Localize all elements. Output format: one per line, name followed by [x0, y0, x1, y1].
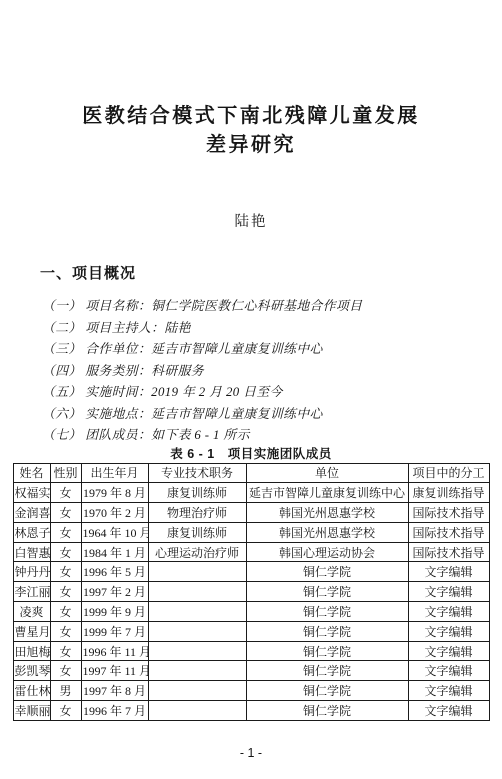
table-cell: 1996 年 7 月 [81, 701, 148, 721]
document-title-line-1: 医教结合模式下南北残障儿童发展 [82, 105, 420, 127]
document-page: 医教结合模式下南北残障儿童发展 差异研究 陆艳 一、项目概况 （一） 项目名称：… [0, 0, 502, 779]
table-cell: 1964 年 10 月 [81, 522, 148, 542]
table-row: 曹星月女1999 年 7 月铜仁学院文字编辑 [13, 621, 489, 641]
table-cell [148, 701, 246, 721]
table-cell: 凌爽 [13, 602, 50, 622]
table-caption: 表 6 - 1 项目实施团队成员 [0, 447, 502, 462]
team-members-table: 姓名性别出生年月专业技术职务单位项目中的分工 权福实女1979 年 8 月康复训… [13, 463, 490, 721]
table-cell [148, 602, 246, 622]
table-cell: 铜仁学院 [246, 562, 408, 582]
table-header: 姓名性别出生年月专业技术职务单位项目中的分工 [13, 463, 489, 483]
table-row: 钟丹丹女1996 年 5 月铜仁学院文字编辑 [13, 562, 489, 582]
table-cell: 1997 年 8 月 [81, 681, 148, 701]
table-cell: 雷仕林 [13, 681, 50, 701]
table-cell: 女 [50, 661, 81, 681]
table-cell: 文字编辑 [408, 582, 489, 602]
table-cell: 文字编辑 [408, 661, 489, 681]
table-cell: 女 [50, 582, 81, 602]
overview-item: （一） 项目名称：铜仁学院医教仁心科研基地合作项目 [42, 296, 502, 318]
table-cell: 铜仁学院 [246, 602, 408, 622]
table-cell: 女 [50, 522, 81, 542]
table-row: 田旭梅女1996 年 11 月铜仁学院文字编辑 [13, 641, 489, 661]
table-cell [148, 562, 246, 582]
table-row: 李江丽女1997 年 2 月铜仁学院文字编辑 [13, 582, 489, 602]
table-cell: 铜仁学院 [246, 621, 408, 641]
section-heading: 一、项目概况 [40, 264, 502, 283]
table-header-cell: 姓名 [13, 463, 50, 483]
document-title: 医教结合模式下南北残障儿童发展 差异研究 [0, 102, 502, 160]
table-cell: 韩国光州恩惠学校 [246, 503, 408, 523]
table-row: 林恩子女1964 年 10 月康复训练师韩国光州恩惠学校国际技术指导 [13, 522, 489, 542]
table-cell: 幸顺丽 [13, 701, 50, 721]
overview-item: （七） 团队成员：如下表 6 - 1 所示 [42, 425, 502, 447]
table-cell: 女 [50, 503, 81, 523]
document-title-line-2: 差异研究 [206, 134, 296, 156]
table-cell: 文字编辑 [408, 621, 489, 641]
table-cell: 钟丹丹 [13, 562, 50, 582]
table-cell: 铜仁学院 [246, 582, 408, 602]
table-cell: 1979 年 8 月 [81, 483, 148, 503]
overview-item: （六） 实施地点：延吉市智障儿童康复训练中心 [42, 404, 502, 426]
table-cell: 物理治疗师 [148, 503, 246, 523]
table-cell: 延吉市智障儿童康复训练中心 [246, 483, 408, 503]
table-cell: 国际技术指导 [408, 542, 489, 562]
overview-item: （五） 实施时间：2019 年 2 月 20 日至今 [42, 382, 502, 404]
overview-item: （二） 项目主持人：陆艳 [42, 318, 502, 340]
table-cell [148, 641, 246, 661]
page-number: - 1 - [0, 746, 502, 761]
table-body: 权福实女1979 年 8 月康复训练师延吉市智障儿童康复训练中心康复训练指导金润… [13, 483, 489, 721]
table-cell [148, 661, 246, 681]
table-row: 凌爽女1999 年 9 月铜仁学院文字编辑 [13, 602, 489, 622]
table-cell: 曹星月 [13, 621, 50, 641]
table-cell: 国际技术指导 [408, 522, 489, 542]
table-cell [148, 621, 246, 641]
table-row: 权福实女1979 年 8 月康复训练师延吉市智障儿童康复训练中心康复训练指导 [13, 483, 489, 503]
table-cell: 铜仁学院 [246, 641, 408, 661]
table-cell: 女 [50, 701, 81, 721]
table-cell: 李江丽 [13, 582, 50, 602]
table-cell: 白智惠 [13, 542, 50, 562]
table-cell: 韩国心理运动协会 [246, 542, 408, 562]
table-cell: 1984 年 1 月 [81, 542, 148, 562]
table-cell: 女 [50, 562, 81, 582]
table-header-row: 姓名性别出生年月专业技术职务单位项目中的分工 [13, 463, 489, 483]
table-cell: 康复训练师 [148, 483, 246, 503]
table-cell: 女 [50, 483, 81, 503]
table-cell: 铜仁学院 [246, 701, 408, 721]
table-row: 白智惠女1984 年 1 月心理运动治疗师韩国心理运动协会国际技术指导 [13, 542, 489, 562]
table-cell: 女 [50, 542, 81, 562]
table-cell: 1999 年 9 月 [81, 602, 148, 622]
table-cell: 铜仁学院 [246, 681, 408, 701]
table-cell: 男 [50, 681, 81, 701]
author-name: 陆艳 [0, 213, 502, 231]
table-cell: 女 [50, 602, 81, 622]
table-header-cell: 专业技术职务 [148, 463, 246, 483]
table-cell: 权福实 [13, 483, 50, 503]
table-cell: 心理运动治疗师 [148, 542, 246, 562]
table-cell: 康复训练指导 [408, 483, 489, 503]
table-cell: 1997 年 11 月 [81, 661, 148, 681]
table-cell [148, 582, 246, 602]
table-header-cell: 出生年月 [81, 463, 148, 483]
table-row: 金润喜女1970 年 2 月物理治疗师韩国光州恩惠学校国际技术指导 [13, 503, 489, 523]
table-cell: 文字编辑 [408, 701, 489, 721]
overview-item: （四） 服务类别：科研服务 [42, 361, 502, 383]
table-row: 彭凯琴女1997 年 11 月铜仁学院文字编辑 [13, 661, 489, 681]
table-cell: 彭凯琴 [13, 661, 50, 681]
table-header-cell: 项目中的分工 [408, 463, 489, 483]
table-header-cell: 单位 [246, 463, 408, 483]
table-header-cell: 性别 [50, 463, 81, 483]
table-row: 雷仕林男1997 年 8 月铜仁学院文字编辑 [13, 681, 489, 701]
table-cell: 文字编辑 [408, 681, 489, 701]
table-cell: 1996 年 5 月 [81, 562, 148, 582]
project-overview-list: （一） 项目名称：铜仁学院医教仁心科研基地合作项目（二） 项目主持人：陆艳（三）… [42, 296, 502, 447]
table-cell: 韩国光州恩惠学校 [246, 522, 408, 542]
table-cell: 文字编辑 [408, 602, 489, 622]
table-cell: 1997 年 2 月 [81, 582, 148, 602]
table-cell: 铜仁学院 [246, 661, 408, 681]
table-cell: 1970 年 2 月 [81, 503, 148, 523]
table-cell: 文字编辑 [408, 641, 489, 661]
table-cell: 金润喜 [13, 503, 50, 523]
table-cell: 国际技术指导 [408, 503, 489, 523]
table-cell [148, 681, 246, 701]
table-cell: 女 [50, 621, 81, 641]
table-cell: 文字编辑 [408, 562, 489, 582]
table-cell: 康复训练师 [148, 522, 246, 542]
overview-item: （三） 合作单位：延吉市智障儿童康复训练中心 [42, 339, 502, 361]
table-cell: 1996 年 11 月 [81, 641, 148, 661]
table-row: 幸顺丽女1996 年 7 月铜仁学院文字编辑 [13, 701, 489, 721]
table-cell: 1999 年 7 月 [81, 621, 148, 641]
table-cell: 女 [50, 641, 81, 661]
table-cell: 田旭梅 [13, 641, 50, 661]
table-cell: 林恩子 [13, 522, 50, 542]
